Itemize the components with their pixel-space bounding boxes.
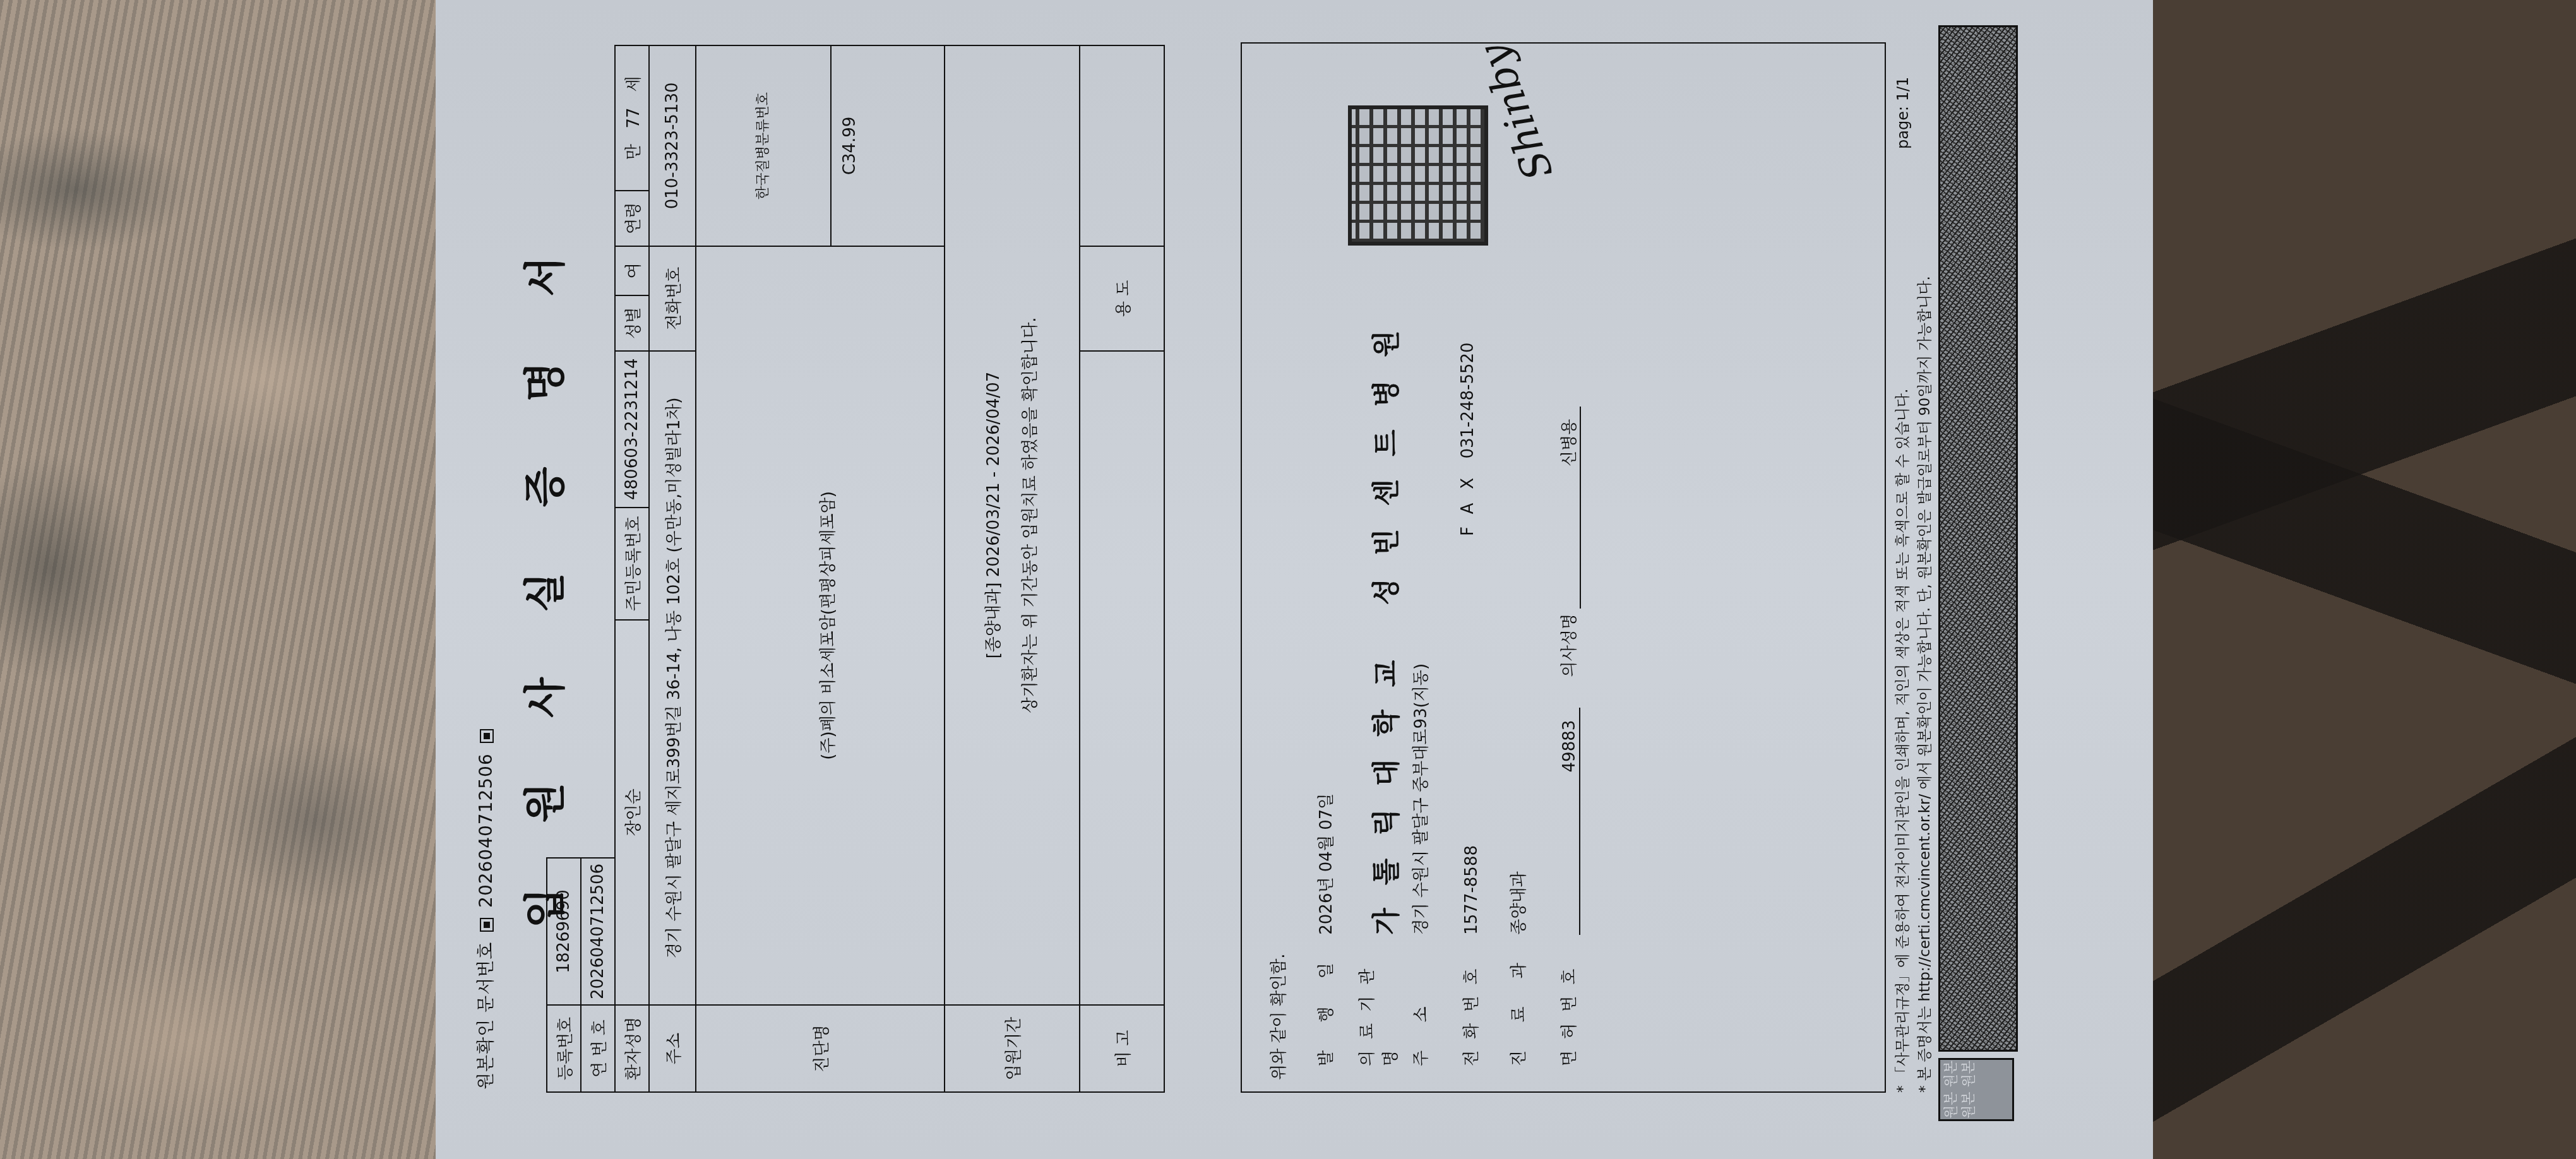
department-row: 진 료 과 종양내과	[1506, 871, 1529, 1066]
department: 종양내과	[1510, 871, 1529, 934]
kcd-code: C34.99	[831, 45, 945, 246]
patient-name-label: 환자성명	[615, 1005, 649, 1092]
doctor-label: 의사성명	[1560, 614, 1579, 677]
sex-label: 성별	[615, 295, 649, 351]
purpose	[1080, 45, 1164, 246]
issue-date: 2026년 04월 07일	[1317, 793, 1336, 935]
age-label: 연령	[615, 191, 649, 246]
license-row: 면허번호 49883 의사성명 신병용	[1556, 407, 1581, 1066]
license-no: 49883	[1560, 708, 1580, 935]
resident-no-label: 주민등록번호	[615, 508, 649, 620]
admission-label: 입원기간	[945, 1005, 1080, 1092]
institution-name: 가톨릭대학교 성빈센트병원	[1371, 307, 1403, 934]
address-label: 주소	[649, 1005, 696, 1092]
registration-no-label: 등록번호	[547, 1005, 581, 1092]
doc-number: 2026040712506	[475, 753, 496, 908]
kcd-label: 한국질병분류번호	[696, 45, 831, 246]
institution-fax-row: FAX 031-248-5520	[1458, 342, 1477, 536]
issuance-section: 위와 같이 확인함. 발 행 일 2026년 04월 07일 의료기관명 가톨릭…	[1241, 42, 1886, 1093]
confirm-text: 위와 같이 확인함.	[1266, 953, 1289, 1080]
serial-no: 2026040712506	[581, 858, 615, 1005]
admission-period: [종양내과] 2026/03/21 - 2026/04/07 상기환자는 위 기…	[945, 45, 1080, 1005]
paper-photo: 원본확인 문서번호 2026040712506 입 원 사 실 증 명 서 등록…	[436, 0, 2153, 1159]
doc-check-label: 원본확인 문서번호	[475, 942, 496, 1090]
page-number: page: 1/1	[1894, 77, 1912, 149]
sex: 여	[615, 246, 649, 295]
issue-date-row: 발 행 일 2026년 04월 07일	[1313, 793, 1337, 1066]
institution-fax: 031-248-5520	[1458, 342, 1477, 458]
remarks-label: 비 고	[1080, 1005, 1164, 1092]
certificate-page: 원본확인 문서번호 2026040712506 입 원 사 실 증 명 서 등록…	[436, 0, 2153, 1159]
square-bullet-icon	[480, 729, 494, 743]
phone: 010-3323-5130	[649, 45, 696, 246]
address: 경기 수원시 팔달구 세지로399번길 36-14, 나동 102호 (우만동,…	[649, 351, 696, 1005]
anti-copy-pattern	[1938, 25, 2018, 1052]
official-seal-icon	[1348, 105, 1488, 246]
patient-name: 장인순	[615, 620, 649, 1005]
doctor-name: 신병용	[1556, 407, 1581, 609]
institution-row: 의료기관명 가톨릭대학교 성빈센트병원	[1354, 307, 1404, 1066]
patient-info-table: 등록번호 18269690 연 번 호 2026040712506 환자성명 장…	[546, 45, 1165, 1093]
institution-address-row: 주 소 경기 수원시 팔달구 중부대로93(지동)	[1408, 663, 1431, 1066]
square-bullet-icon	[480, 918, 494, 932]
age: 만 77 세	[615, 45, 649, 191]
phone-label: 전화번호	[649, 246, 696, 351]
institution-address: 경기 수원시 팔달구 중부대로93(지동)	[1412, 663, 1431, 935]
admission-dept-period: [종양내과] 2026/03/21 - 2026/04/07	[975, 51, 1012, 979]
institution-phone-row: 전화번호 1577-8588	[1458, 845, 1482, 1066]
institution-phone: 1577-8588	[1462, 845, 1481, 935]
purpose-label: 용 도	[1080, 246, 1164, 351]
diagnosis: (주)폐의 비소세포암(편평상피세포암)	[696, 246, 945, 1005]
serial-no-label: 연 번 호	[581, 1005, 615, 1092]
admission-statement: 상기환자는 위 기간동안 입원치료 하였음을 확인합니다.	[1012, 51, 1049, 979]
footer-note-2: * 본 증명서는 http://certi.cmcvincent.or.kr/ …	[1913, 276, 1934, 1093]
registration-no: 18269690	[547, 858, 581, 1005]
origin-stamp: 원본 원본 원본 원본	[1938, 1058, 2014, 1121]
doc-check-number: 원본확인 문서번호 2026040712506	[472, 725, 498, 1090]
footer-note-1: * 「사무관리규정」에 준용하여 전자이미지관인을 인쇄하며, 직인의 색상은 …	[1891, 389, 1912, 1093]
resident-no: 480603-2231214	[615, 351, 649, 508]
carpet-background-right	[2147, 0, 2576, 1159]
remarks	[1080, 351, 1164, 1005]
diagnosis-label: 진단명	[696, 1005, 945, 1092]
carpet-background-left	[0, 0, 442, 1159]
